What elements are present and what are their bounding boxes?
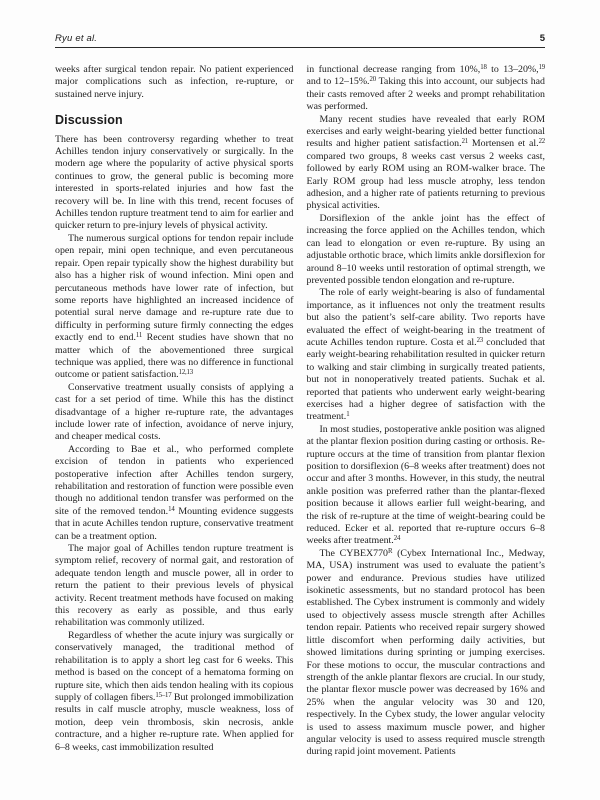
paragraph: The CYBEX770R (Cybex International Inc.,… bbox=[307, 548, 546, 759]
reference-superscript: 1 bbox=[346, 411, 349, 418]
reference-superscript: 19 bbox=[539, 64, 545, 71]
header-rule bbox=[55, 47, 545, 48]
paragraph: in functional decrease ranging from 10%,… bbox=[307, 64, 546, 114]
right-column: in functional decrease ranging from 10%,… bbox=[307, 64, 546, 759]
reference-superscript: 23 bbox=[477, 337, 483, 344]
left-column: weeks after surgical tendon repair. No p… bbox=[55, 64, 294, 759]
reference-superscript: 18 bbox=[480, 64, 486, 71]
paragraph: According to Bae et al., who performed c… bbox=[55, 444, 294, 543]
section-heading: Discussion bbox=[55, 114, 294, 126]
paragraph: weeks after surgical tendon repair. No p… bbox=[55, 64, 294, 101]
running-head: Ryu et al. bbox=[55, 33, 97, 44]
reference-superscript: 24 bbox=[394, 535, 400, 542]
paragraph: Many recent studies have revealed that e… bbox=[307, 114, 546, 213]
paragraph: The numerous surgical options for tendon… bbox=[55, 233, 294, 382]
reference-superscript: 15–17 bbox=[155, 692, 171, 699]
paper-page: Ryu et al. 5 weeks after surgical tendon… bbox=[0, 0, 600, 800]
page-number: 5 bbox=[540, 33, 545, 44]
paragraph: The role of early weight-bearing is also… bbox=[307, 287, 546, 423]
reference-superscript: 21 bbox=[462, 138, 468, 145]
reference-superscript: 12,13 bbox=[179, 369, 193, 376]
paragraph: Dorsiflexion of the ankle joint has the … bbox=[307, 213, 546, 287]
reference-superscript: R bbox=[388, 548, 392, 555]
reference-superscript: 20 bbox=[370, 76, 376, 83]
paragraph: Regardless of whether the acute injury w… bbox=[55, 630, 294, 754]
paragraph: The major goal of Achilles tendon ruptur… bbox=[55, 543, 294, 630]
article-body: weeks after surgical tendon repair. No p… bbox=[55, 64, 545, 759]
page-header: Ryu et al. 5 bbox=[55, 33, 545, 44]
reference-superscript: 22 bbox=[539, 138, 545, 145]
paragraph: Conservative treatment usually consists … bbox=[55, 382, 294, 444]
paragraph: In most studies, postoperative ankle pos… bbox=[307, 424, 546, 548]
reference-superscript: 14 bbox=[168, 506, 174, 513]
paragraph: There has been controversy regarding whe… bbox=[55, 134, 294, 233]
reference-superscript: 11 bbox=[136, 332, 142, 339]
